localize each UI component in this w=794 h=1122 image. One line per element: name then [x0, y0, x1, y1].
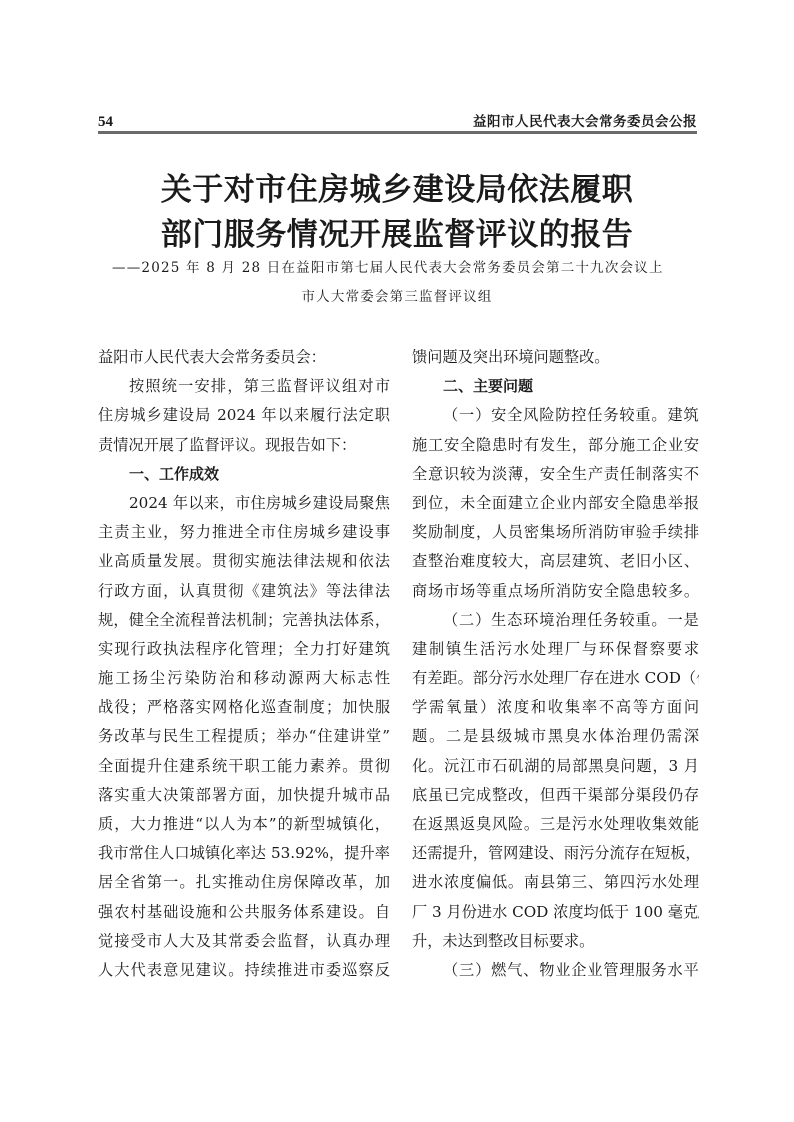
paragraph-line: 馈问题及突出环境问题整改。: [412, 343, 699, 372]
paragraph-line: 质，大力推进“以人为本”的新型城镇化，: [98, 810, 390, 839]
paragraph-line: 题。二是县级城市黑臭水体治理仍需深: [412, 722, 699, 751]
paragraph-line: 居全省第一。扎实推动住房保障改革，加: [98, 868, 390, 897]
paragraph-line: 在返黑返臭风险。三是污水处理收集效能: [412, 810, 699, 839]
paragraph-line: 行政方面，认真贯彻《建筑法》等法律法: [98, 577, 390, 606]
paragraph-line: 人大代表意见建议。持续推进市委巡察反: [98, 956, 390, 985]
paragraph-line: 全意识较为淡薄，安全生产责任制落实不: [412, 460, 699, 489]
paragraph-line: 务改革与民生工程提质；举办“住建讲堂”: [98, 722, 390, 751]
paragraph-line: 还需提升，管网建设、雨污分流存在短板，: [412, 839, 699, 868]
paragraph-line: 落实重大决策部署方面，加快提升城市品: [98, 781, 390, 810]
paragraph-line: 全面提升住建系统干职工能力素养。贯彻: [98, 752, 390, 781]
paragraph-line: 我市常住人口城镇化率达 53.92%，提升率: [98, 839, 390, 868]
paragraph-line: 强农村基础设施和公共服务体系建设。自: [98, 898, 390, 927]
paragraph-line: 按照统一安排，第三监督评议组对市: [98, 372, 390, 401]
paragraph-line: 2024 年以来，市住房城乡建设局聚焦: [98, 489, 390, 518]
paragraph-line: 有差距。部分污水处理厂存在进水 COD（化: [412, 664, 699, 693]
paragraph-line: 学需氧量）浓度和收集率不高等方面问: [412, 693, 699, 722]
paragraph-line: 业高质量发展。贯彻实施法律法规和依法: [98, 547, 390, 576]
paragraph-line: 查整治难度较大，高层建筑、老旧小区、: [412, 547, 699, 576]
paragraph-line: 底虽已完成整改，但西干渠部分渠段仍存: [412, 781, 699, 810]
report-subtitle-line-1: ——2025 年 8 月 28 日在益阳市第七届人民代表大会常务委员会第二十九次…: [112, 258, 664, 278]
paragraph-line: 觉接受市人大及其常委会监督，认真办理: [98, 927, 390, 956]
section-heading-achievements: 一、工作成效: [98, 460, 390, 489]
report-title-line-1: 关于对市住房城乡建设局依法履职: [0, 170, 794, 210]
paragraph-line: 厂 3 月份进水 COD 浓度均低于 100 毫克/: [412, 898, 699, 927]
paragraph-line: 升，未达到整改目标要求。: [412, 927, 699, 956]
salutation: 益阳市人民代表大会常务委员会：: [98, 343, 390, 372]
paragraph-line: 战役；严格落实网格化巡查制度；加快服: [98, 693, 390, 722]
paragraph-line: 进水浓度偏低。南县第三、第四污水处理: [412, 868, 699, 897]
paragraph-line: 实现行政执法程序化管理；全力打好建筑: [98, 635, 390, 664]
report-title-line-2: 部门服务情况开展监督评议的报告: [0, 215, 794, 255]
paragraph-line: 化。沅江市石矶湖的局部黑臭问题，3 月: [412, 752, 699, 781]
paragraph-line: 建制镇生活污水处理厂与环保督察要求: [412, 635, 699, 664]
subsection-heading-gas-property: （三）燃气、物业企业管理服务水平: [412, 956, 699, 985]
paragraph-line: 主责主业，努力推进全市住房城乡建设事: [98, 518, 390, 547]
paragraph-line: 到位，未全面建立企业内部安全隐患举报: [412, 489, 699, 518]
paragraph-line: 施工安全隐患时有发生，部分施工企业安: [412, 431, 699, 460]
report-subtitle-line-2: 市人大常委会第三监督评议组: [0, 287, 794, 307]
paragraph-line: 住房城乡建设局 2024 年以来履行法定职: [98, 401, 390, 430]
subsection-heading-ecology: （二）生态环境治理任务较重。一是: [412, 606, 699, 635]
body-column-left: 益阳市人民代表大会常务委员会： 按照统一安排，第三监督评议组对市 住房城乡建设局…: [98, 343, 390, 985]
paragraph-line: 规，健全全流程普法机制；完善执法体系，: [98, 606, 390, 635]
paragraph-line: 奖励制度，人员密集场所消防审验手续排: [412, 518, 699, 547]
body-column-right: 馈问题及突出环境问题整改。 二、主要问题 （一）安全风险防控任务较重。建筑 施工…: [412, 343, 699, 985]
header-rule: [98, 131, 697, 134]
page-number: 54: [98, 112, 113, 132]
paragraph-line: 商场市场等重点场所消防安全隐患较多。: [412, 577, 699, 606]
paragraph-line: 责情况开展了监督评议。现报告如下：: [98, 431, 390, 460]
journal-title: 益阳市人民代表大会常务委员会公报: [473, 112, 697, 132]
paragraph-line: 施工扬尘污染防治和移动源两大标志性: [98, 664, 390, 693]
section-heading-main-problems: 二、主要问题: [412, 372, 699, 401]
subsection-heading-safety-risk: （一）安全风险防控任务较重。建筑: [412, 401, 699, 430]
